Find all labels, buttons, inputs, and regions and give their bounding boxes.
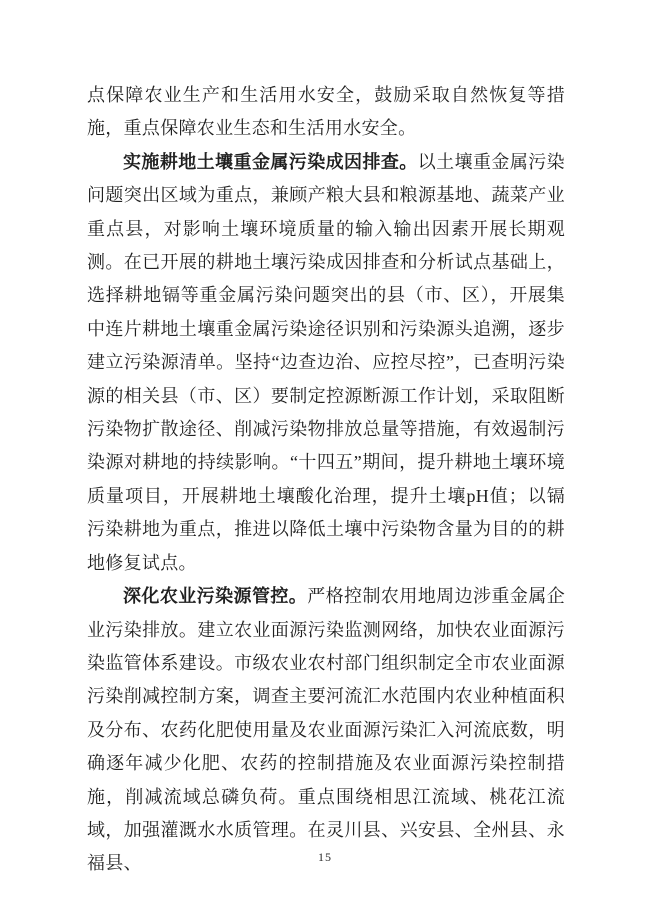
page-number: 15 — [0, 849, 650, 865]
paragraph-text: 严格控制农用地周边涉重金属企业污染排放。建立农业面源污染监测网络，加快农业面源污… — [87, 586, 565, 873]
paragraph-text: 点保障农业生产和生活用水安全，鼓励采取自然恢复等措施，重点保障农业生态和生活用水… — [87, 85, 565, 138]
paragraph-soil-heavy-metal-survey: 实施耕地土壤重金属污染成因排查。以土壤重金属污染问题突出区域为重点，兼顾产粮大县… — [87, 146, 565, 580]
paragraph-water-safety-continuation: 点保障农业生产和生活用水安全，鼓励采取自然恢复等措施，重点保障农业生态和生活用水… — [87, 79, 565, 146]
text-block: 点保障农业生产和生活用水安全，鼓励采取自然恢复等措施，重点保障农业生态和生活用水… — [87, 79, 565, 881]
paragraph-text: 以土壤重金属污染问题突出区域为重点，兼顾产粮大县和粮源基地、蔬菜产业重点县，对影… — [87, 152, 565, 573]
paragraph-heading: 深化农业污染源管控。 — [123, 586, 307, 606]
document-page: 点保障农业生产和生活用水安全，鼓励采取自然恢复等措施，重点保障农业生态和生活用水… — [0, 0, 650, 919]
paragraph-heading: 实施耕地土壤重金属污染成因排查。 — [123, 152, 418, 172]
paragraph-agricultural-pollution-control: 深化农业污染源管控。严格控制农用地周边涉重金属企业污染排放。建立农业面源污染监测… — [87, 580, 565, 881]
